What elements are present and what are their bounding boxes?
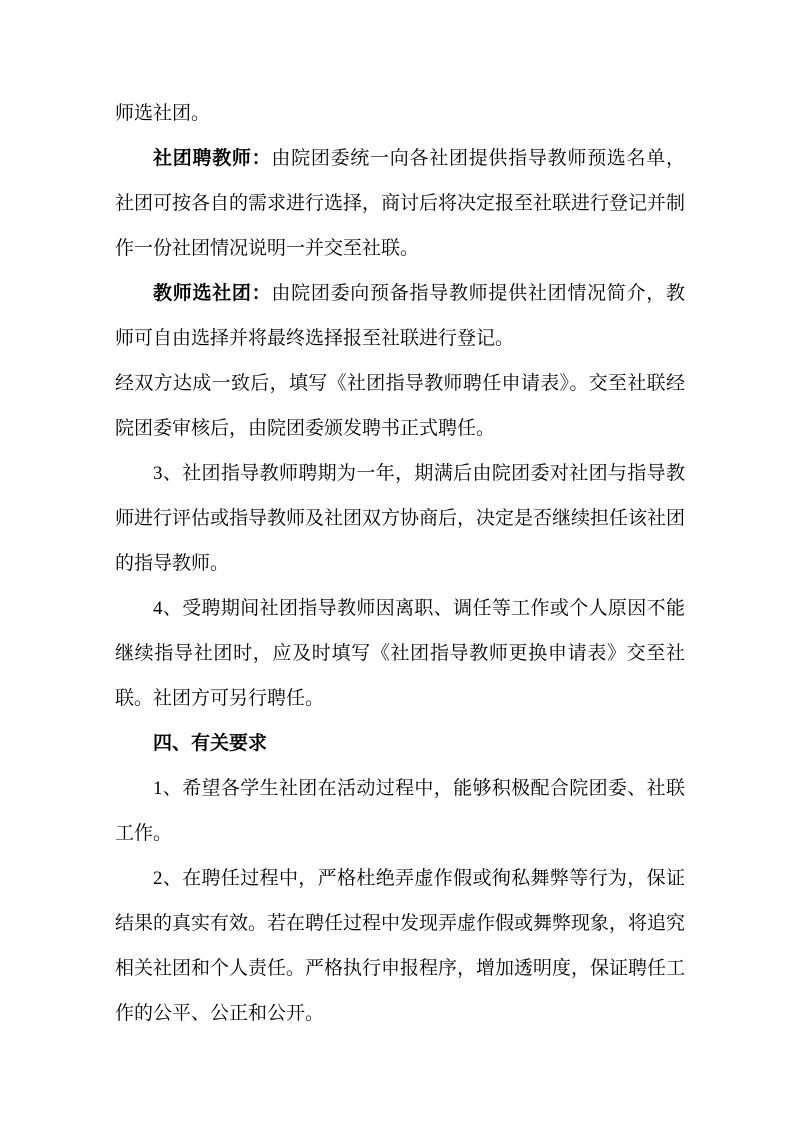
paragraph-6: 4、受聘期间社团指导教师因离职、调任等工作或个人原因不能继续指导社团时，应及时填… bbox=[115, 586, 685, 721]
text-run: 1、希望各学生社团在活动过程中，能够积极配合院团委、社联工作。 bbox=[115, 778, 685, 844]
document-page: 师选社团。社团聘教师：由院团委统一向各社团提供指导教师预选名单，社团可按各自的需… bbox=[0, 0, 793, 1122]
text-run: 4、受聘期间社团指导教师因离职、调任等工作或个人原因不能继续指导社团时，应及时填… bbox=[115, 598, 685, 709]
text-run: 社团聘教师： bbox=[153, 148, 271, 169]
paragraph-1: 师选社团。 bbox=[115, 91, 685, 136]
paragraph-9: 2、在聘任过程中，严格杜绝弄虚作假或徇私舞弊等行为，保证结果的真实有效。若在聘任… bbox=[115, 856, 685, 1036]
text-run: 2、在聘任过程中，严格杜绝弄虚作假或徇私舞弊等行为，保证结果的真实有效。若在聘任… bbox=[115, 868, 685, 1024]
paragraph-2: 社团聘教师：由院团委统一向各社团提供指导教师预选名单，社团可按各自的需求进行选择… bbox=[115, 136, 685, 271]
paragraph-8: 1、希望各学生社团在活动过程中，能够积极配合院团委、社联工作。 bbox=[115, 766, 685, 856]
text-run: 师选社团。 bbox=[115, 103, 210, 124]
text-run: 教师选社团： bbox=[153, 283, 271, 304]
paragraph-7: 四、有关要求 bbox=[115, 721, 685, 766]
document-body: 师选社团。社团聘教师：由院团委统一向各社团提供指导教师预选名单，社团可按各自的需… bbox=[115, 91, 685, 1036]
text-run: 经双方达成一致后，填写《社团指导教师聘任申请表》。交至社联经院团委审核后，由院团… bbox=[115, 373, 685, 439]
paragraph-3: 教师选社团：由院团委向预备指导教师提供社团情况简介，教师可自由选择并将最终选择报… bbox=[115, 271, 685, 361]
text-run: 四、有关要求 bbox=[153, 733, 267, 754]
paragraph-5: 3、社团指导教师聘期为一年，期满后由院团委对社团与指导教师进行评估或指导教师及社… bbox=[115, 451, 685, 586]
paragraph-4: 经双方达成一致后，填写《社团指导教师聘任申请表》。交至社联经院团委审核后，由院团… bbox=[115, 361, 685, 451]
text-run: 3、社团指导教师聘期为一年，期满后由院团委对社团与指导教师进行评估或指导教师及社… bbox=[115, 463, 685, 574]
